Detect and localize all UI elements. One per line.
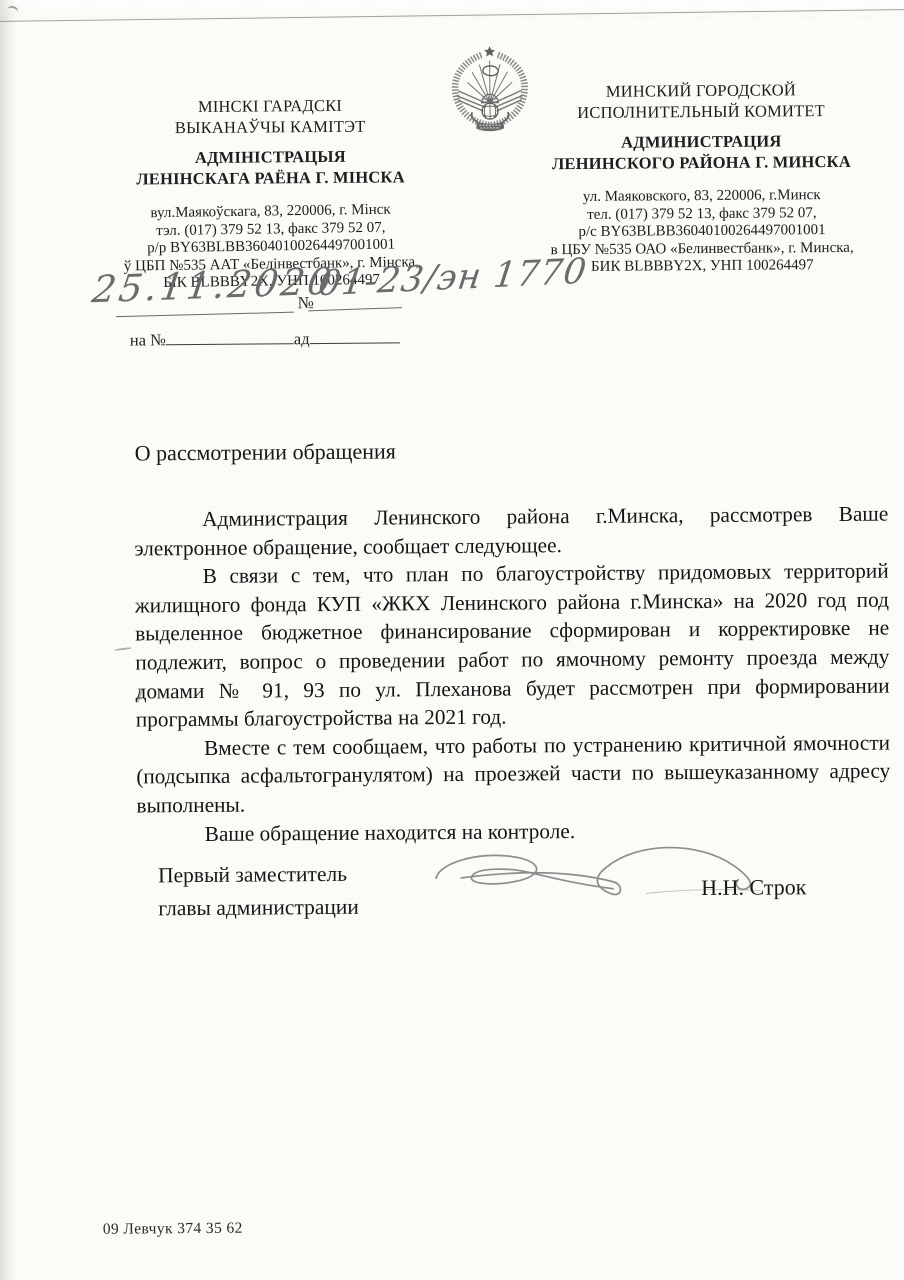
date-underline bbox=[115, 270, 294, 317]
department-name-line: АДМИНИСТРАЦИЯ bbox=[531, 130, 871, 154]
org-name-line: ВЫКАНАЎЧЫ КАМІТЭТ bbox=[100, 115, 440, 139]
incoming-reference-row: на №ад bbox=[130, 327, 400, 350]
department-name-line: ЛЕНІНСКАГА РАЁНА Г. МІНСКА bbox=[100, 166, 440, 190]
body-paragraph: В связи с тем, что план по благоустройст… bbox=[135, 557, 890, 734]
reply-prefix-label: на № bbox=[130, 330, 166, 349]
reply-date-blank bbox=[310, 327, 400, 344]
letterhead-right-russian: МИНСКИЙ ГОРОДСКОЙ ИСПОЛНИТЕЛЬНЫЙ КОМИТЕТ… bbox=[531, 79, 873, 277]
department-name-line: ЛЕНИНСКОГО РАЙОНА Г. МИНСКА bbox=[531, 151, 871, 175]
address-line: р/с BY63BLBB36040100264497001001 bbox=[532, 222, 872, 242]
org-name-line: ИСПОЛНИТЕЛЬНЫЙ КОМИТЕТ bbox=[531, 100, 871, 124]
letter-subject: О рассмотрении обращения bbox=[135, 438, 396, 466]
reply-number-blank bbox=[166, 328, 294, 345]
letter-body: Администрация Ленинского района г.Минска… bbox=[134, 500, 891, 849]
body-paragraph: Администрация Ленинского района г.Минска… bbox=[134, 500, 888, 563]
department-name-line: АДМІНІСТРАЦЫЯ bbox=[100, 145, 440, 169]
org-name-line: МІНСКІ ГАРАДСКІ bbox=[100, 94, 440, 118]
signer-title-line: Первый заместитель bbox=[158, 858, 359, 893]
handwritten-signature bbox=[416, 828, 825, 917]
executor-contact: 09 Левчук 374 35 62 bbox=[103, 1220, 243, 1239]
reply-from-label: ад bbox=[294, 329, 310, 348]
org-name-line: МИНСКИЙ ГОРОДСКОЙ bbox=[531, 79, 871, 103]
number-underline bbox=[307, 265, 402, 311]
signer-title-line: главы администрации bbox=[158, 891, 359, 926]
signer-title: Первый заместитель главы администрации bbox=[158, 858, 359, 926]
scanned-letter-page: МІНСКІ ГАРАДСКІ ВЫКАНАЎЧЫ КАМІТЭТ АДМІНІ… bbox=[0, 0, 904, 1280]
belarus-coat-of-arms-icon bbox=[448, 43, 533, 136]
body-paragraph: Вместе с тем сообщаем, что работы по уст… bbox=[136, 728, 891, 820]
signer-name: Н.Н. Строк bbox=[701, 874, 806, 901]
letter-content: МІНСКІ ГАРАДСКІ ВЫКАНАЎЧЫ КАМІТЭТ АДМІНІ… bbox=[0, 0, 904, 1280]
